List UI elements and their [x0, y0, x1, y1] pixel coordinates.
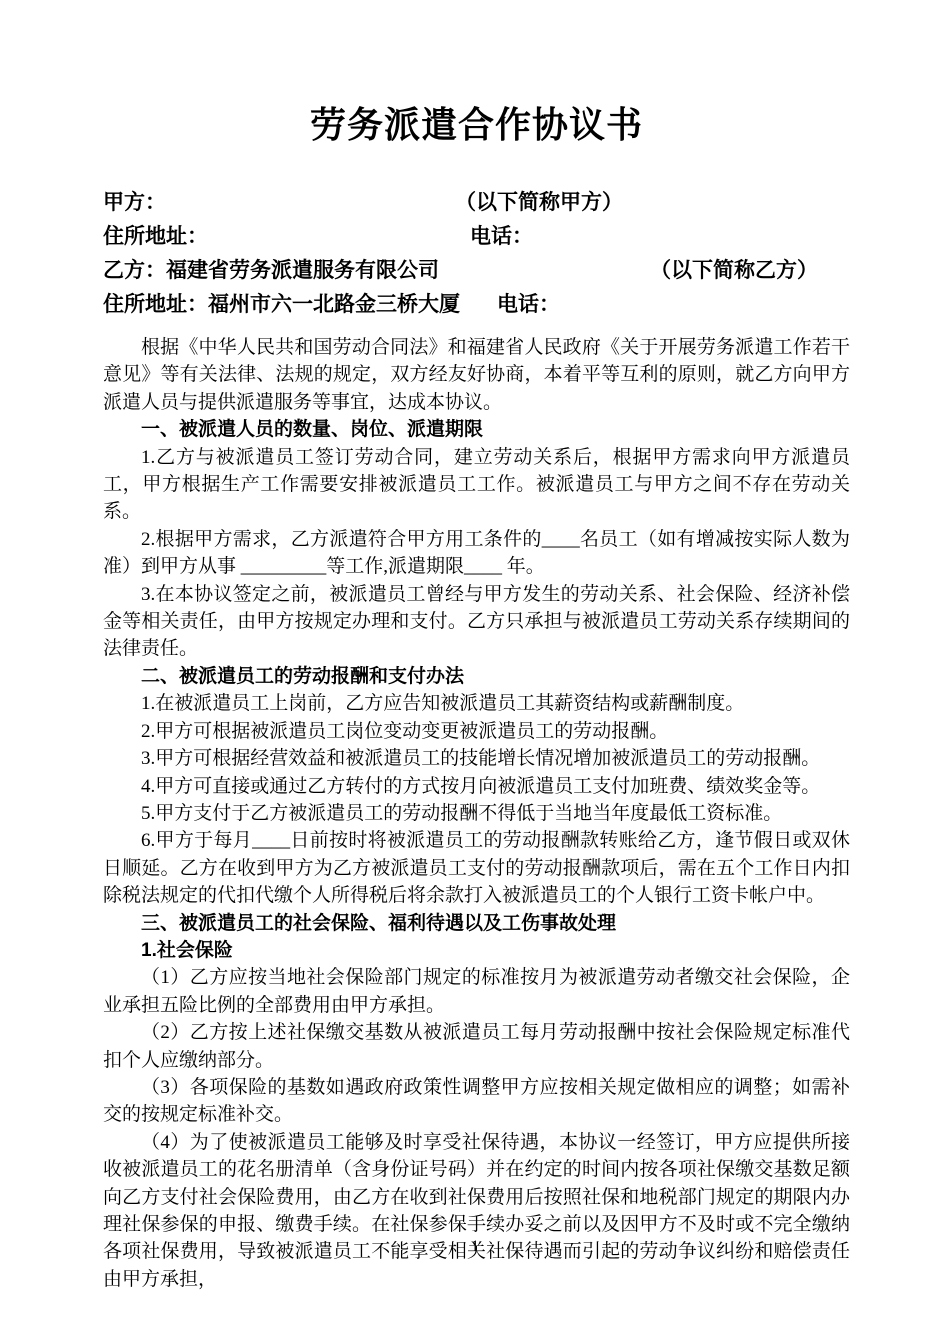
paragraph: 1.在被派遣员工上岗前，乙方应告知被派遣员工其薪资结构或薪酬制度。: [103, 690, 850, 717]
paragraph: 2.甲方可根据被派遣员工岗位变动变更被派遣员工的劳动报酬。: [103, 718, 850, 745]
paragraph: 4.甲方可直接或通过乙方转付的方式按月向被派遣员工支付加班费、绩效奖金等。: [103, 773, 850, 800]
party-b-address-label: 住所地址：: [103, 293, 208, 316]
paragraph: 6.甲方于每月____日前按时将被派遣员工的劳动报酬款转账给乙方，逢节假日或双休…: [103, 827, 850, 909]
page-number: 1: [0, 1238, 950, 1256]
paragraph: 2.根据甲方需求，乙方派遣符合甲方用工条件的____名员工（如有增减按实际人数为…: [103, 526, 850, 581]
paragraph: 3.在本协议签定之前，被派遣员工曾经与甲方发生的劳动关系、社会保险、经济补偿金等…: [103, 581, 850, 663]
document-page: 劳务派遣合作协议书 甲方：（以下简称甲方） 住所地址：电话： 乙方：福建省劳务派…: [0, 0, 950, 1344]
party-a-alias: （以下简称甲方）: [455, 191, 623, 214]
agreement-body: 根据《中华人民共和国劳动合同法》和福建省人民政府《关于开展劳务派遣工作若干意见》…: [103, 334, 850, 1293]
paragraph: 3.甲方可根据经营效益和被派遣员工的技能增长情况增加被派遣员工的劳动报酬。: [103, 745, 850, 772]
paragraph: （1）乙方应按当地社会保险部门规定的标准按月为被派遣劳动者缴交社会保险，企业承担…: [103, 964, 850, 1019]
paragraph: （3）各项保险的基数如遇政府政策性调整甲方应按相关规定做相应的调整；如需补交的按…: [103, 1074, 850, 1129]
section-heading: 二、被派遣员工的劳动报酬和支付办法: [103, 663, 850, 690]
section-heading: 1.社会保险: [103, 937, 850, 964]
party-a-address-label: 住所地址：: [103, 220, 470, 254]
paragraph: （2）乙方按上述社保缴交基数从被派遣员工每月劳动报酬中按社会保险规定标准代扣个人…: [103, 1019, 850, 1074]
party-b-address-row: 住所地址：福州市六一北路金三桥大厦电话：: [103, 288, 850, 322]
section-heading: 一、被派遣人员的数量、岗位、派遣期限: [103, 416, 850, 443]
party-a-label: 甲方：: [103, 186, 455, 220]
paragraph: （4）为了使被派遣员工能够及时享受社保待遇，本协议一经签订，甲方应提供所接收被派…: [103, 1129, 850, 1293]
parties-block: 甲方：（以下简称甲方） 住所地址：电话： 乙方：福建省劳务派遣服务有限公司（以下…: [103, 186, 850, 322]
party-b-phone-label: 电话：: [497, 293, 560, 316]
party-b-row: 乙方：福建省劳务派遣服务有限公司（以下简称乙方）: [103, 254, 850, 288]
party-a-row: 甲方：（以下简称甲方）: [103, 186, 850, 220]
document-title: 劳务派遣合作协议书: [103, 97, 850, 148]
party-b-cell: 乙方：福建省劳务派遣服务有限公司: [103, 254, 650, 288]
party-a-address-row: 住所地址：电话：: [103, 220, 850, 254]
party-a-phone-label: 电话：: [470, 225, 533, 248]
document-content: 劳务派遣合作协议书 甲方：（以下简称甲方） 住所地址：电话： 乙方：福建省劳务派…: [103, 0, 850, 1293]
party-b-alias: （以下简称乙方）: [650, 259, 818, 282]
party-b-name: 福建省劳务派遣服务有限公司: [166, 259, 439, 282]
paragraph: 根据《中华人民共和国劳动合同法》和福建省人民政府《关于开展劳务派遣工作若干意见》…: [103, 334, 850, 416]
paragraph: 1.乙方与被派遣员工签订劳动合同，建立劳动关系后，根据甲方需求向甲方派遣员工，甲…: [103, 444, 850, 526]
paragraph: 5.甲方支付于乙方被派遣员工的劳动报酬不得低于当地当年度最低工资标准。: [103, 800, 850, 827]
section-heading: 三、被派遣员工的社会保险、福利待遇以及工伤事故处理: [103, 910, 850, 937]
party-b-label: 乙方：: [103, 259, 166, 282]
party-b-address-value: 福州市六一北路金三桥大厦: [208, 293, 460, 316]
